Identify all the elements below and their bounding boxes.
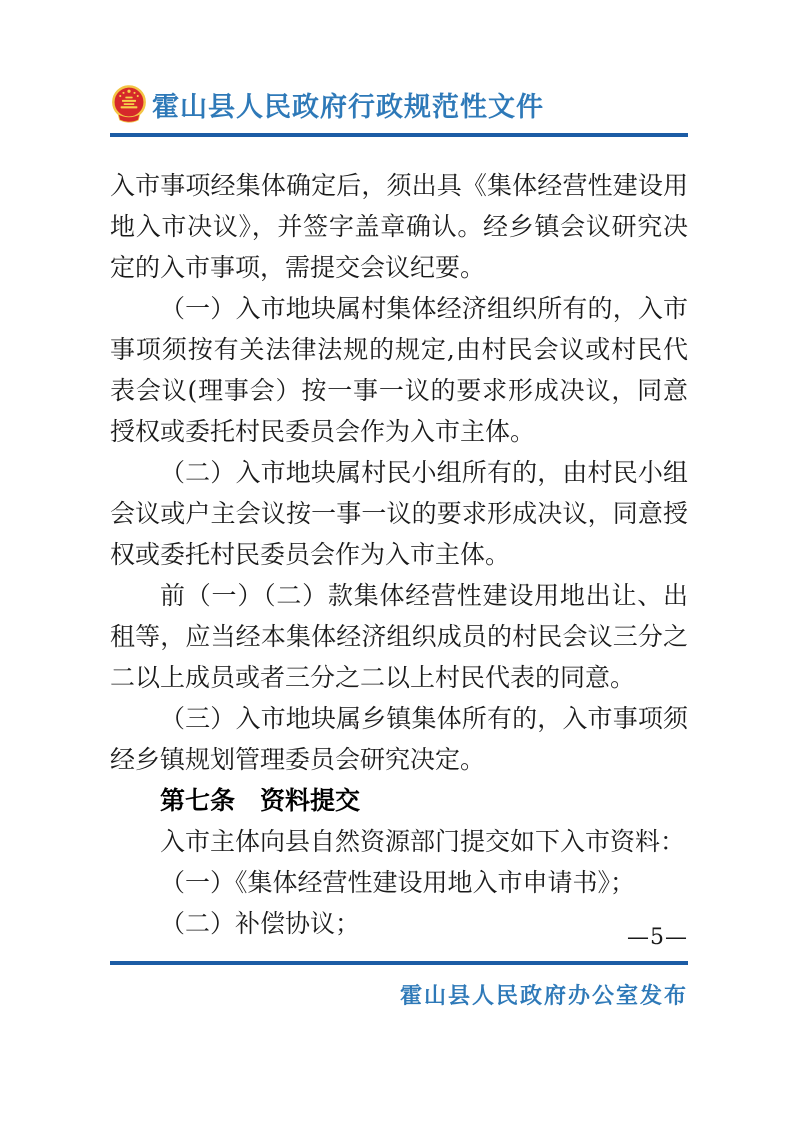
body-paragraph-clause-3: （三）入市地块属乡镇集体所有的，入市事项须经乡镇规划管理委员会研究决定。 [110,698,688,780]
body-paragraph-item-2: （二）补偿协议； [110,903,688,944]
body-paragraph-clause-2: （二）入市地块属村民小组所有的，由村民小组会议或户主会议按一事一议的要求形成决议… [110,452,688,575]
document-footer: 霍山县人民政府办公室发布 [110,961,688,1010]
article-heading: 第七条 资料提交 [110,780,688,821]
body-paragraph-clause-1: （一）入市地块属村集体经济组织所有的，入市事项须按有关法律法规的规定,由村民会议… [110,288,688,452]
page-number: —5— [627,925,688,950]
document-header: 霍山县人民政府行政规范性文件 [110,84,688,137]
national-emblem-icon [110,84,148,124]
body-paragraph-item-1: （一）《集体经营性建设用地入市申请书》； [110,862,688,903]
document-body: 入市事项经集体确定后，须出具《集体经营性建设用地入市决议》，并签字盖章确认。经乡… [110,165,688,944]
body-paragraph: 入市主体向县自然资源部门提交如下入市资料： [110,821,688,862]
footer-publisher: 霍山县人民政府办公室发布 [110,979,688,1010]
body-paragraph: 前（一）（二）款集体经营性建设用地出让、出租等，应当经本集体经济组织成员的村民会… [110,575,688,698]
body-paragraph: 入市事项经集体确定后，须出具《集体经营性建设用地入市决议》，并签字盖章确认。经乡… [110,165,688,288]
document-header-title: 霍山县人民政府行政规范性文件 [152,85,544,124]
document-page: 霍山县人民政府行政规范性文件 入市事项经集体确定后，须出具《集体经营性建设用地入… [0,0,793,1122]
